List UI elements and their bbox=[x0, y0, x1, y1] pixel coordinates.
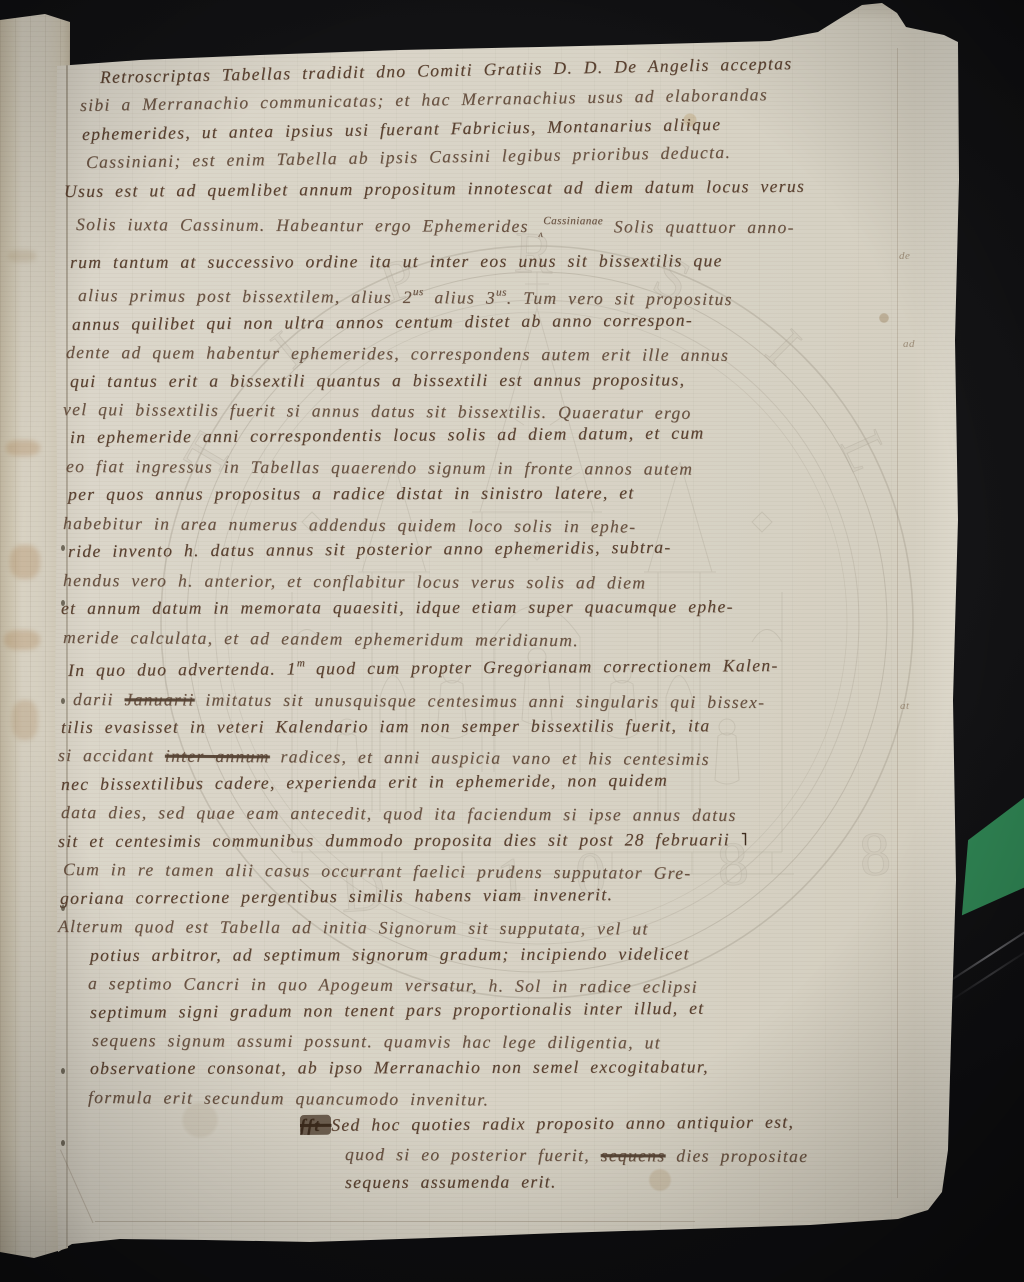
manuscript-segment: sequens assumenda erit. bbox=[345, 1172, 557, 1193]
manuscript-segment-caret: ʌ bbox=[538, 229, 544, 240]
manuscript-line: in ephemeride anni correspondentis locus… bbox=[70, 418, 913, 452]
manuscript-segment: dente ad quem habentur ephemerides, corr… bbox=[66, 342, 729, 365]
manuscript-line: In quo duo advertenda. 1m quod cum propt… bbox=[68, 645, 913, 684]
manuscript-segment: Cassiniani; est enim Tabella ab ipsis Ca… bbox=[86, 142, 731, 172]
manuscript-segment: formula erit secundum quancumodo invenit… bbox=[88, 1087, 489, 1109]
manuscript-segment: Alterum quod est Tabella ad initia Signo… bbox=[58, 916, 649, 939]
manuscript-segment: alius 3 bbox=[424, 287, 496, 307]
manuscript-segment: darii bbox=[73, 689, 125, 709]
manuscript-segment-strike: Januarii bbox=[124, 689, 194, 709]
manuscript-segment: alius primus post bissextilem, alius 2 bbox=[78, 285, 413, 307]
manuscript-segment: observatione consonat, ab ipso Merranach… bbox=[90, 1057, 709, 1079]
manuscript-segment: per quos annus propositus a radice dista… bbox=[68, 483, 635, 504]
manuscript-segment: goriana correctione pergentibus similis … bbox=[60, 884, 613, 908]
margin-annotation: de bbox=[899, 250, 910, 262]
ink-bleedthrough-mark bbox=[8, 250, 36, 262]
manuscript-segment-sup: us bbox=[496, 287, 507, 299]
manuscript-segment: hendus vero h. anterior, et conflabitur … bbox=[63, 570, 646, 593]
manuscript-line: goriana correctione pergentibus similis … bbox=[60, 878, 913, 912]
manuscript-segment: data dies, sed quae eam antecedit, quod … bbox=[61, 802, 737, 825]
manuscript-segment: si accidant bbox=[58, 745, 165, 766]
manuscript-line: septimum signi gradum non tenent pars pr… bbox=[90, 992, 913, 1026]
manuscript-segment: dies propositae bbox=[666, 1145, 809, 1166]
manuscript-segment-sup: Cassinianae bbox=[543, 215, 603, 227]
manuscript-segment: ride invento h. datus annus sit posterio… bbox=[68, 537, 672, 561]
margin-annotation: ad bbox=[903, 338, 915, 350]
scanned-manuscript-scene: T I P R S I L D 10 8 8 bbox=[0, 0, 1024, 1282]
manuscript-line: Solis iuxta Cassinum. Habeantur ergo Eph… bbox=[76, 205, 913, 251]
manuscript-segment: meride calculata, et ad eandem ephemerid… bbox=[63, 627, 579, 650]
handwriting-lines: Retroscriptas Tabellas tradidit dno Comi… bbox=[58, 63, 913, 1197]
ink-bleedthrough-mark bbox=[12, 700, 38, 740]
manuscript-segment: Solis iuxta Cassinum. Habeantur ergo Eph… bbox=[76, 214, 540, 236]
manuscript-line: potius arbitror, ad septimum signorum gr… bbox=[90, 938, 913, 969]
manuscript-segment: rum tantum at successivo ordine ita ut i… bbox=[70, 250, 723, 272]
manuscript-segment: imitatus sit unusquisque centesimus anni… bbox=[195, 689, 766, 711]
manuscript-line: rum tantum at successivo ordine ita ut i… bbox=[70, 246, 913, 277]
green-tape-stripe bbox=[955, 790, 1024, 922]
margin-annotation: at bbox=[900, 700, 910, 712]
manuscript-line: ſſt Sed hoc quoties radix proposito anno… bbox=[300, 1107, 913, 1140]
manuscript-segment-sup: us bbox=[413, 286, 424, 298]
manuscript-line: tilis evasisset in veteri Kalendario iam… bbox=[61, 711, 913, 742]
manuscript-segment: in ephemeride anni correspondentis locus… bbox=[70, 423, 705, 447]
manuscript-segment-heavy: ˥ bbox=[741, 829, 749, 849]
manuscript-segment-strike: sequens bbox=[601, 1145, 666, 1165]
manuscript-line: Usus est ut ad quemlibet annum propositu… bbox=[64, 171, 913, 205]
manuscript-segment: eo fiat ingressus in Tabellas quaerendo … bbox=[66, 456, 693, 479]
manuscript-segment-blot: ſſt bbox=[300, 1115, 331, 1135]
manuscript-line: annus quilibet qui non ultra annos centu… bbox=[72, 304, 913, 338]
manuscript-line: nec bissextilibus cadere, experienda eri… bbox=[61, 764, 913, 798]
manuscript-segment: Sed hoc quoties radix proposito anno ant… bbox=[331, 1112, 794, 1135]
manuscript-segment: quod cum propter Gregorianam correctione… bbox=[305, 655, 778, 678]
manuscript-segment: qui tantus erit a bissextili quantus a b… bbox=[70, 369, 685, 391]
manuscript-line: sit et centesimis communibus dummodo pro… bbox=[58, 825, 913, 856]
manuscript-segment: sequens signum assumi possunt. quamvis h… bbox=[92, 1030, 661, 1052]
manuscript-page: T I P R S I L D 10 8 8 bbox=[0, 0, 1024, 1282]
manuscript-segment: septimum signi gradum non tenent pars pr… bbox=[90, 997, 705, 1021]
manuscript-segment: In quo duo advertenda. 1 bbox=[68, 658, 297, 680]
manuscript-segment: et annum datum in memorata quaesiti, idq… bbox=[61, 596, 734, 618]
cradle-edge-highlight bbox=[949, 946, 1024, 1002]
ink-bleedthrough-mark bbox=[10, 545, 40, 579]
manuscript-segment-strike: inter annum bbox=[165, 746, 270, 767]
manuscript-segment: tilis evasisset in veteri Kalendario iam… bbox=[61, 715, 711, 737]
manuscript-segment: a septimo Cancri in quo Apogeum versatur… bbox=[88, 973, 698, 997]
manuscript-segment: Solis quattuor anno- bbox=[603, 217, 795, 238]
ink-bleedthrough-mark bbox=[4, 630, 40, 650]
manuscript-line: observatione consonat, ab ipso Merranach… bbox=[90, 1052, 913, 1083]
manuscript-segment: potius arbitror, ad septimum signorum gr… bbox=[90, 943, 690, 965]
manuscript-line: sequens assumenda erit. bbox=[345, 1167, 913, 1197]
manuscript-line: et annum datum in memorata quaesiti, idq… bbox=[61, 592, 913, 623]
bottom-fold-crease bbox=[95, 1221, 695, 1222]
manuscript-line: per quos annus propositus a radice dista… bbox=[68, 478, 913, 509]
manuscript-segment: Usus est ut ad quemlibet annum propositu… bbox=[64, 176, 805, 201]
ink-bleedthrough-mark bbox=[6, 440, 40, 456]
manuscript-segment: sit et centesimis communibus dummodo pro… bbox=[58, 829, 741, 851]
manuscript-segment: nec bissextilibus cadere, experienda eri… bbox=[61, 770, 668, 794]
manuscript-segment: quod si eo posterior fuerit, bbox=[345, 1144, 601, 1165]
manuscript-segment: annus quilibet qui non ultra annos centu… bbox=[72, 309, 693, 333]
manuscript-line: qui tantus erit a bissextili quantus a b… bbox=[70, 364, 913, 395]
manuscript-line: ride invento h. datus annus sit posterio… bbox=[68, 531, 913, 565]
